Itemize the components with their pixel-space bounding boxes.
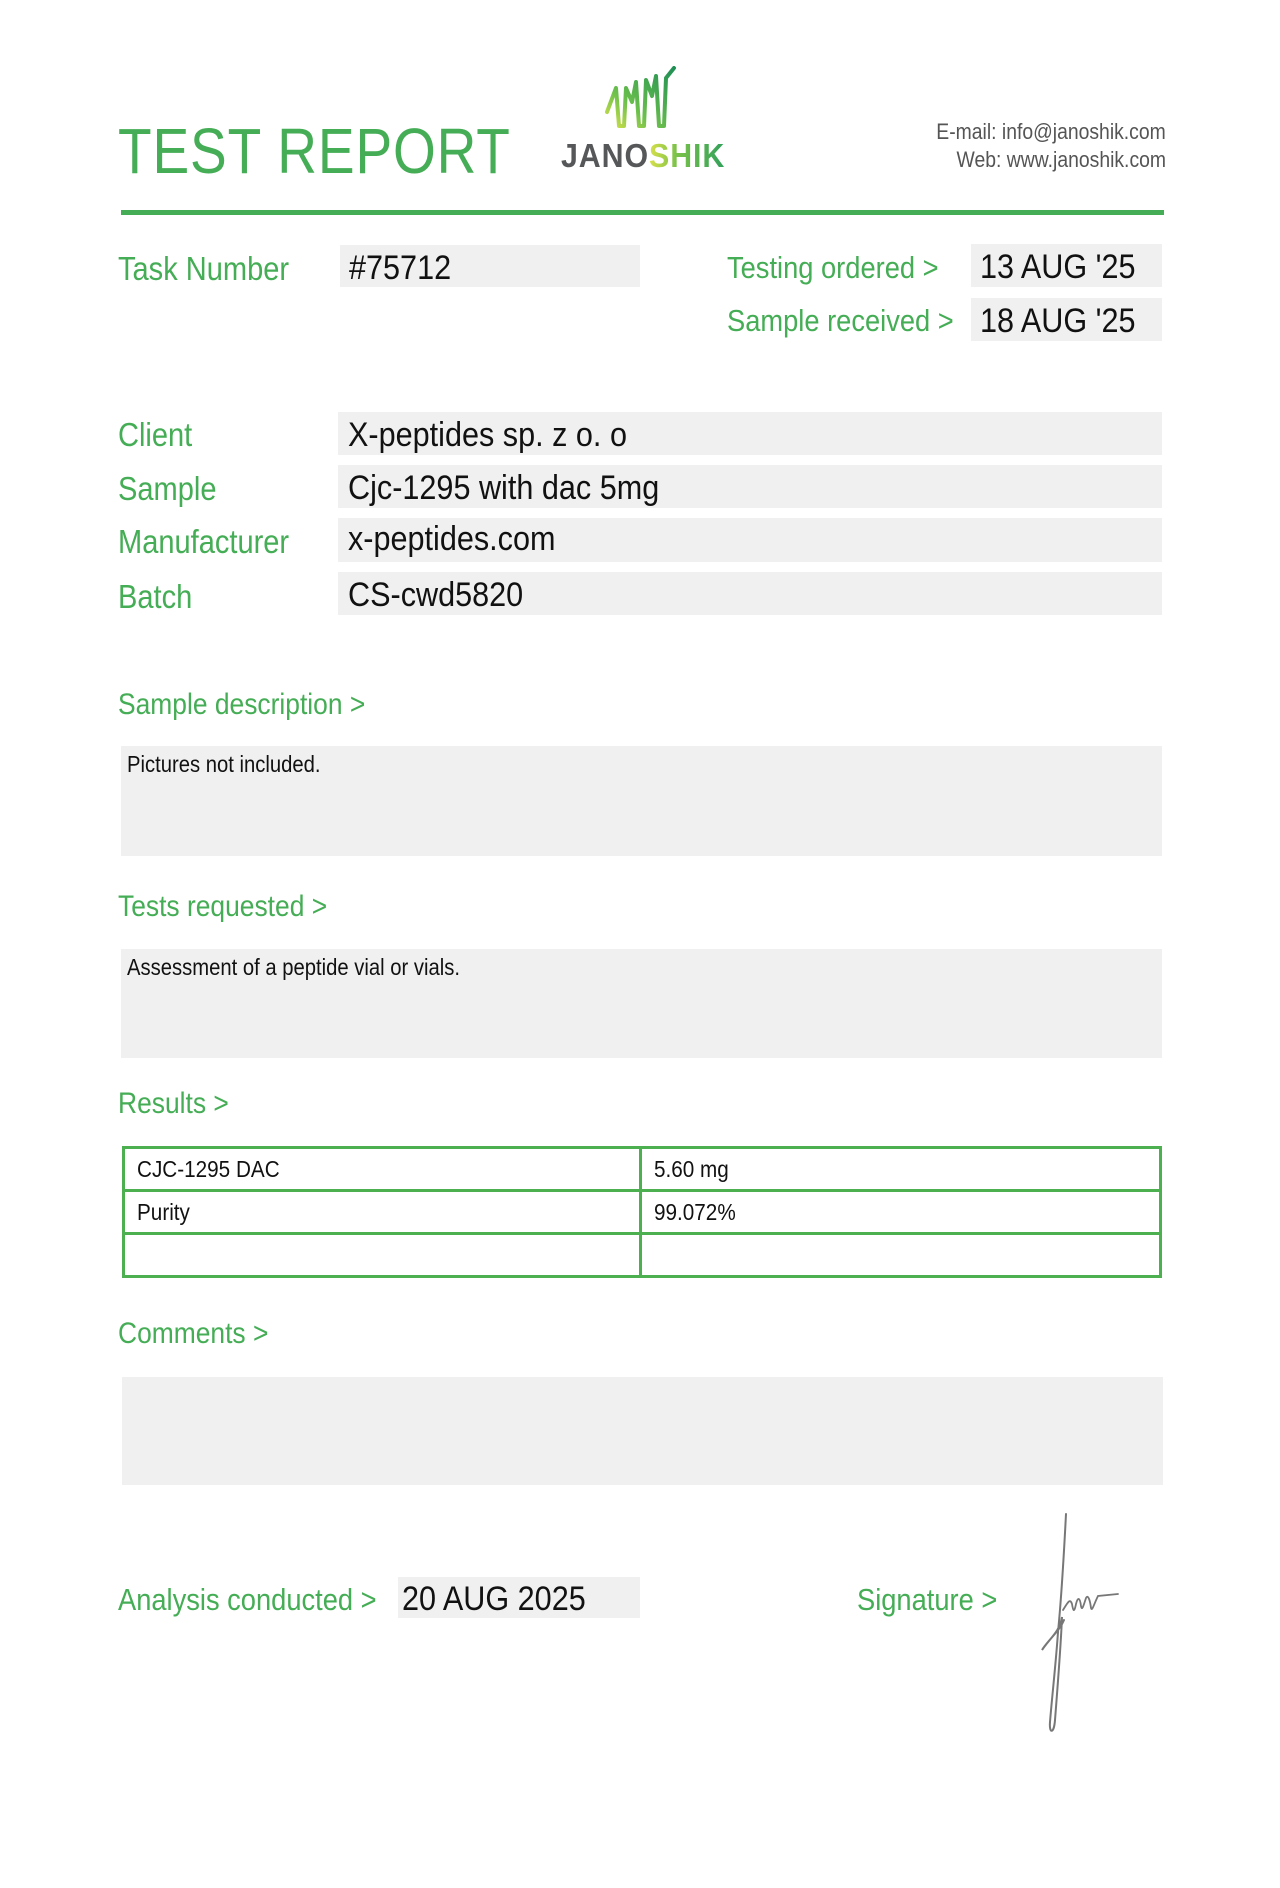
result-value-cell: 99.072%	[641, 1191, 1161, 1234]
sample-value: Cjc-1295 with dac 5mg	[348, 471, 694, 505]
task-number-value: #75712	[349, 251, 462, 285]
result-name-cell: CJC-1295 DAC	[124, 1148, 641, 1191]
logo-wordmark: JANOSHIK	[561, 139, 740, 172]
contact-email: E-mail: info@janoshik.com	[905, 121, 1166, 143]
results-heading: Results >	[118, 1089, 244, 1119]
table-row	[124, 1234, 1161, 1277]
client-label: Client	[118, 418, 202, 451]
manufacturer-value: x-peptides.com	[348, 522, 579, 556]
tests-requested-text: Assessment of a peptide vial or vials.	[127, 956, 505, 979]
handwritten-signature-icon	[1036, 1512, 1126, 1737]
comments-heading: Comments >	[118, 1319, 289, 1349]
testing-ordered-value: 13 AUG '25	[980, 250, 1153, 284]
sample-received-label: Sample received >	[727, 305, 985, 336]
tests-requested-heading: Tests requested >	[118, 892, 356, 922]
sample-description-text: Pictures not included.	[127, 753, 347, 776]
client-value: X-peptides sp. z o. o	[348, 418, 658, 452]
batch-label: Batch	[118, 580, 202, 613]
sample-label: Sample	[118, 472, 230, 505]
table-row: Purity 99.072%	[124, 1191, 1161, 1234]
task-number-label: Task Number	[118, 252, 312, 285]
table-row: CJC-1295 DAC 5.60 mg	[124, 1148, 1161, 1191]
testing-ordered-label: Testing ordered >	[727, 252, 967, 283]
header-divider	[121, 210, 1164, 215]
rising-chart-logo-icon	[604, 66, 678, 130]
comments-field	[122, 1377, 1163, 1485]
sample-description-heading: Sample description >	[118, 690, 399, 720]
results-table: CJC-1295 DAC 5.60 mg Purity 99.072%	[122, 1146, 1162, 1278]
result-value-cell: 5.60 mg	[641, 1148, 1161, 1191]
analysis-conducted-label: Analysis conducted >	[118, 1584, 412, 1615]
report-title: TEST REPORT	[118, 119, 575, 183]
result-name-cell: Purity	[124, 1191, 641, 1234]
result-value-cell	[641, 1234, 1161, 1277]
batch-value: CS-cwd5820	[348, 578, 543, 612]
result-name-cell	[124, 1234, 641, 1277]
sample-received-value: 18 AUG '25	[980, 304, 1153, 338]
signature-label: Signature >	[857, 1584, 1016, 1615]
manufacturer-label: Manufacturer	[118, 525, 312, 558]
contact-web: Web: www.janoshik.com	[928, 149, 1166, 171]
analysis-conducted-value: 20 AUG 2025	[402, 1582, 606, 1616]
